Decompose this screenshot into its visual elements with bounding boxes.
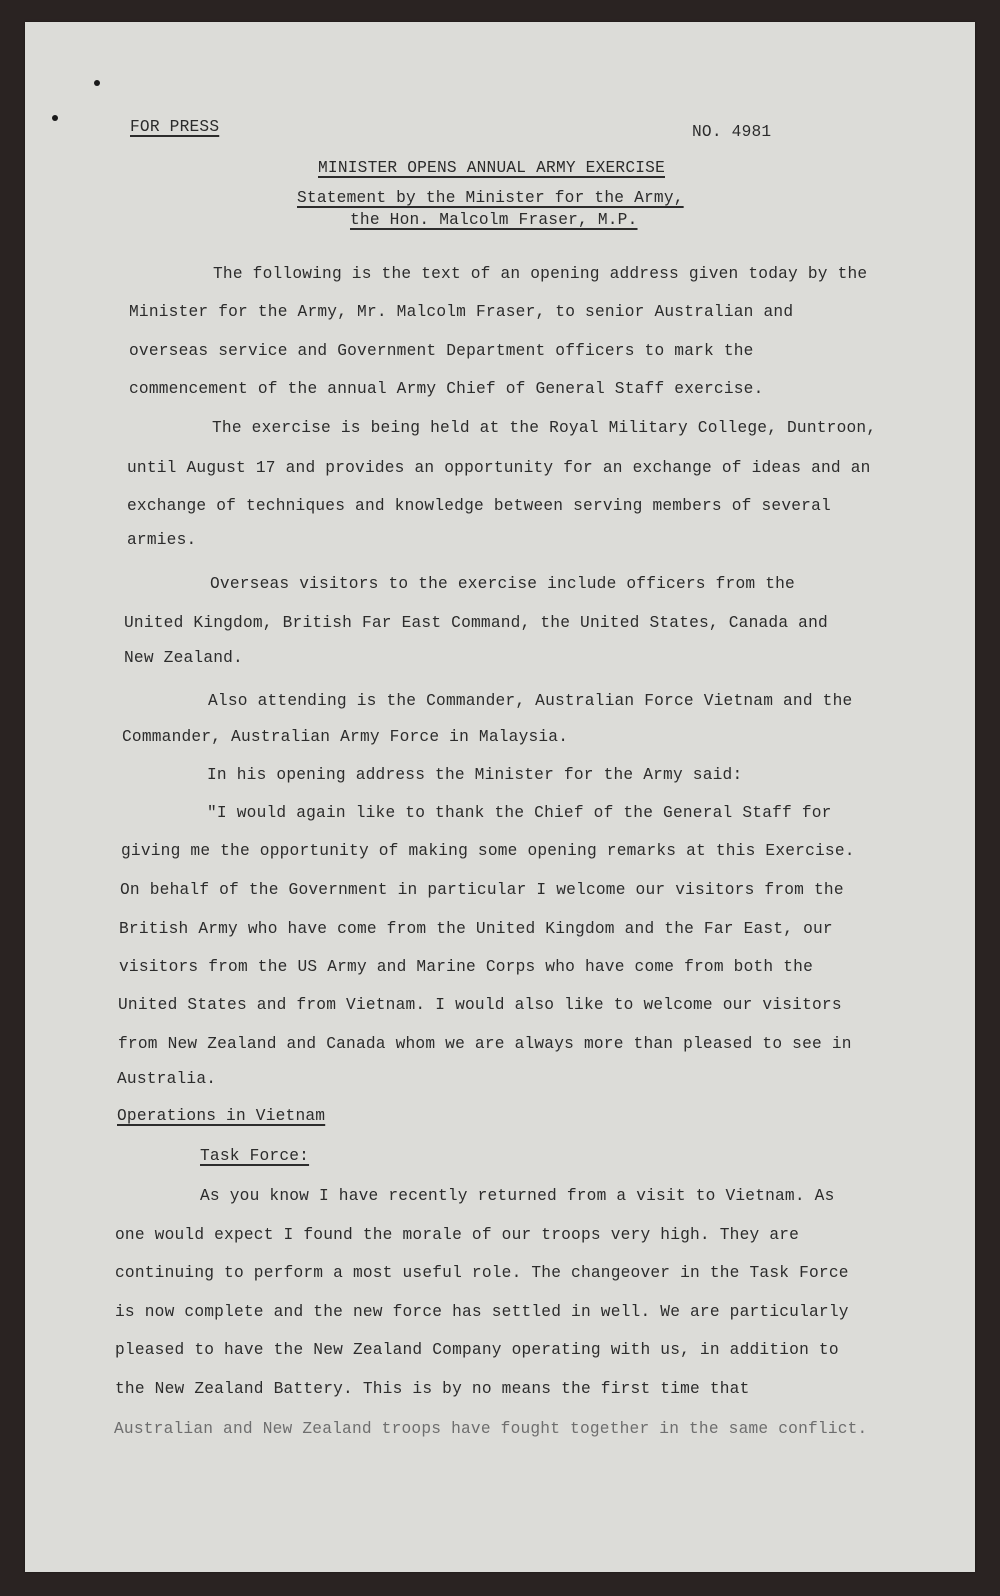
section-line: is now complete and the new force has se… xyxy=(115,1302,849,1322)
section-line: Australian and New Zealand troops have f… xyxy=(114,1419,867,1439)
body-line: In his opening address the Minister for … xyxy=(207,765,742,785)
body-line: The following is the text of an opening … xyxy=(213,264,867,284)
body-line: exchange of techniques and knowledge bet… xyxy=(127,496,831,516)
body-line: from New Zealand and Canada whom we are … xyxy=(118,1034,852,1054)
body-line: Also attending is the Commander, Austral… xyxy=(208,691,852,711)
staple-hole-top xyxy=(94,80,100,86)
body-line: commencement of the annual Army Chief of… xyxy=(129,379,764,399)
document-title: MINISTER OPENS ANNUAL ARMY EXERCISE xyxy=(318,158,665,178)
body-line: giving me the opportunity of making some… xyxy=(121,841,855,861)
section-line: As you know I have recently returned fro… xyxy=(200,1186,835,1206)
section-heading: Operations in Vietnam xyxy=(117,1106,325,1126)
body-line: Overseas visitors to the exercise includ… xyxy=(210,574,795,594)
body-line: armies. xyxy=(127,530,196,550)
body-line: United Kingdom, British Far East Command… xyxy=(124,613,828,633)
body-line: "I would again like to thank the Chief o… xyxy=(207,803,832,823)
for-press-label: FOR PRESS xyxy=(130,117,219,137)
body-line: overseas service and Government Departme… xyxy=(129,341,754,361)
release-number: NO. 4981 xyxy=(692,122,771,142)
section-subheading: Task Force: xyxy=(200,1146,309,1166)
body-line: British Army who have come from the Unit… xyxy=(119,919,833,939)
body-line: visitors from the US Army and Marine Cor… xyxy=(119,957,813,977)
body-line: Commander, Australian Army Force in Mala… xyxy=(122,727,568,747)
body-line: until August 17 and provides an opportun… xyxy=(127,458,871,478)
body-line: Minister for the Army, Mr. Malcolm Frase… xyxy=(129,302,793,322)
subtitle-line-1: Statement by the Minister for the Army, xyxy=(297,188,684,208)
staple-hole-bottom xyxy=(52,115,58,121)
body-line: United States and from Vietnam. I would … xyxy=(118,995,842,1015)
section-line: the New Zealand Battery. This is by no m… xyxy=(115,1379,750,1399)
section-line: continuing to perform a most useful role… xyxy=(115,1263,849,1283)
section-line: one would expect I found the morale of o… xyxy=(115,1225,799,1245)
body-line: Australia. xyxy=(117,1069,216,1089)
subtitle-line-2: the Hon. Malcolm Fraser, M.P. xyxy=(350,210,638,230)
body-line: On behalf of the Government in particula… xyxy=(120,880,844,900)
section-line: pleased to have the New Zealand Company … xyxy=(115,1340,839,1360)
body-line: The exercise is being held at the Royal … xyxy=(212,418,876,438)
body-line: New Zealand. xyxy=(124,648,243,668)
